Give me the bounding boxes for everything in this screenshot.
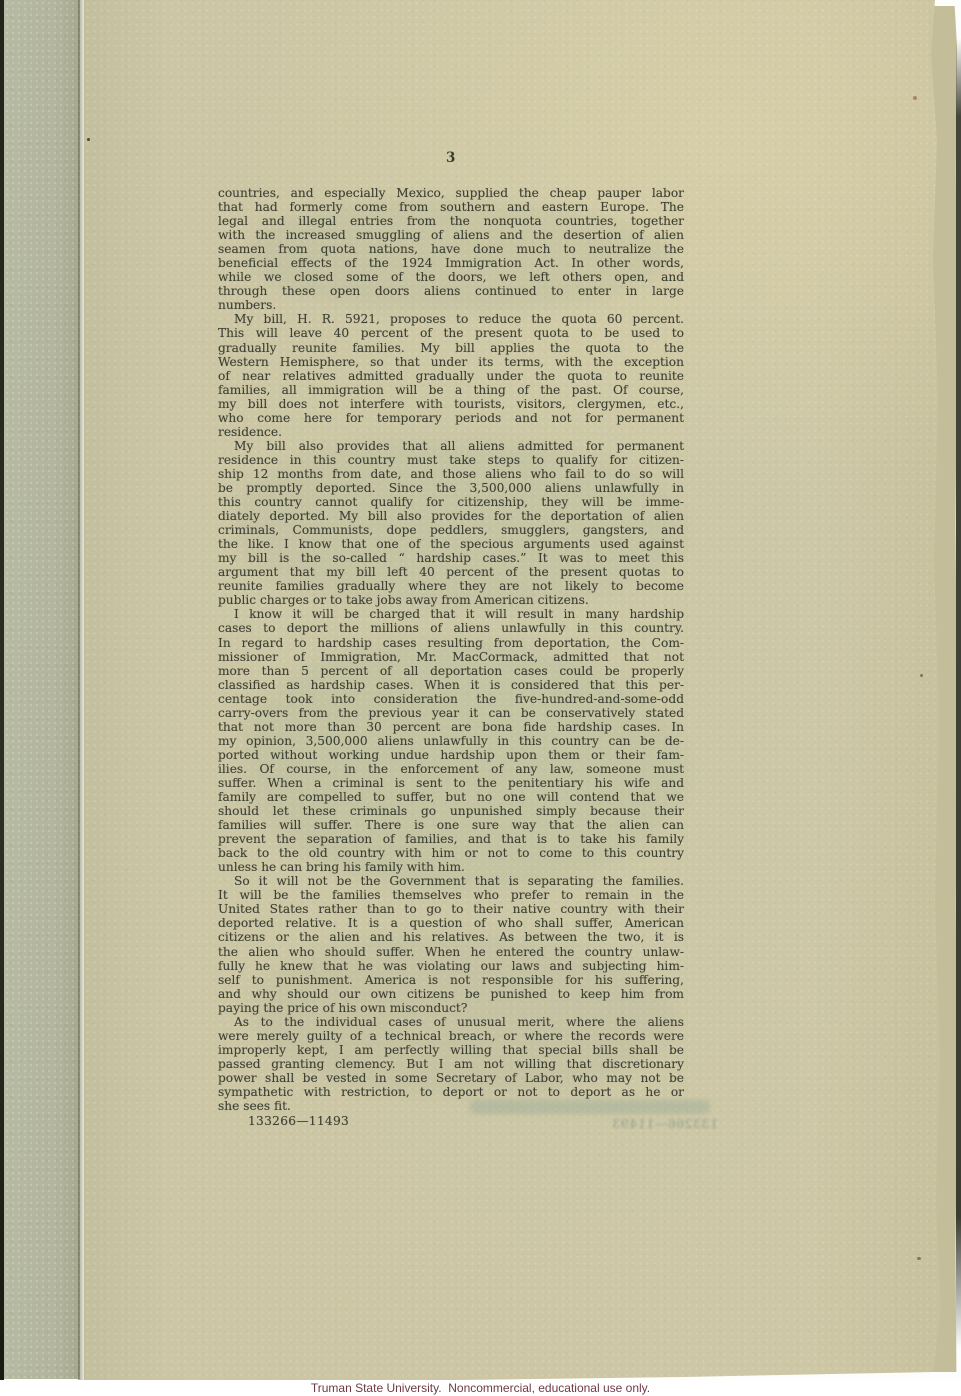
text-line: be promptly deported. Since the 3,500,00…: [218, 481, 684, 495]
text-line: gradually reunite families. My bill appl…: [218, 341, 684, 355]
text-line: seamen from quota nations, have done muc…: [218, 242, 684, 256]
text-line: back to the old country with him or not …: [218, 846, 684, 860]
text-line: more than 5 percent of all deportation c…: [218, 664, 684, 678]
text-line: residence in this country must take step…: [218, 453, 684, 467]
text-line: families, all immigration will be a thin…: [218, 383, 684, 397]
text-line: centage took into consideration the five…: [218, 692, 684, 706]
dust-speck: [917, 1257, 921, 1260]
text-line: should let these criminals go unpunished…: [218, 804, 684, 818]
text-line: the alien who should suffer. When he ent…: [218, 945, 684, 959]
scanner-edge-right: [956, 38, 961, 1348]
dust-speck: [920, 674, 923, 677]
text-line: unless he can bring his family with him.: [218, 860, 684, 874]
text-line: criminals, Communists, dope peddlers, sm…: [218, 523, 684, 537]
text-line: carry-overs from the previous year it ca…: [218, 706, 684, 720]
text-line: through these open doors aliens continue…: [218, 284, 684, 298]
text-line: United States rather than to go to their…: [218, 902, 684, 916]
text-line: my opinion, 3,500,000 aliens unlawfully …: [218, 734, 684, 748]
text-line: my bill is the so-called “ hardship case…: [218, 551, 684, 565]
text-line: deported relative. It is a question of w…: [218, 916, 684, 930]
text-line: This will leave 40 percent of the presen…: [218, 326, 684, 340]
text-line: ilies. Of course, in the enforcement of …: [218, 762, 684, 776]
text-line: reunite families gradually where they ar…: [218, 579, 684, 593]
text-line: and why should our own citizens be punis…: [218, 987, 684, 1001]
dust-speck: [913, 96, 917, 100]
text-line: improperly kept, I am perfectly willing …: [218, 1043, 684, 1057]
scanned-document: 3 countries, and especially Mexico, supp…: [0, 0, 961, 1396]
page-number: 3: [218, 150, 684, 166]
dust-speck: [87, 138, 90, 141]
text-line: fully he knew that he was violating our …: [218, 959, 684, 973]
text-line: were merely guilty of a technical breach…: [218, 1029, 684, 1043]
text-line: missioner of Immigration, Mr. MacCormack…: [218, 650, 684, 664]
text-line: power shall be vested in some Secretary …: [218, 1071, 684, 1085]
text-line: argument that my bill left 40 percent of…: [218, 565, 684, 579]
text-line: So it will not be the Government that is…: [218, 874, 684, 888]
text-line: As to the individual cases of unusual me…: [218, 1015, 684, 1029]
text-line: the like. I know that one of the speciou…: [218, 537, 684, 551]
text-line: passed granting clemency. But I am not w…: [218, 1057, 684, 1071]
text-line: legal and illegal entries from the nonqu…: [218, 214, 684, 228]
text-line: residence.: [218, 425, 684, 439]
text-line: my bill does not interfere with tourists…: [218, 397, 684, 411]
binding-strip: [4, 0, 80, 1379]
document-text: countries, and especially Mexico, suppli…: [218, 186, 684, 1128]
text-line: diately deported. My bill also provides …: [218, 509, 684, 523]
text-line: while we closed some of the doors, we le…: [218, 270, 684, 284]
text-line: that not more than 30 percent are bona f…: [218, 720, 684, 734]
text-line: beneficial effects of the 1924 Immigrati…: [218, 256, 684, 270]
text-line: family are compelled to suffer, but no o…: [218, 790, 684, 804]
text-line: this country cannot qualify for citizens…: [218, 495, 684, 509]
text-line: In regard to hardship cases resulting fr…: [218, 636, 684, 650]
text-line: classified as hardship cases. When it is…: [218, 678, 684, 692]
text-line: self to punishment. America is not respo…: [218, 973, 684, 987]
text-line: My bill, H. R. 5921, proposes to reduce …: [218, 312, 684, 326]
text-line: paying the price of his own misconduct?: [218, 1001, 684, 1015]
text-line: public charges or to take jobs away from…: [218, 593, 684, 607]
text-line: with the increased smuggling of aliens a…: [218, 228, 684, 242]
text-line: My bill also provides that all aliens ad…: [218, 439, 684, 453]
text-line: It will be the families themselves who p…: [218, 888, 684, 902]
text-line: suffer. When a criminal is sent to the p…: [218, 776, 684, 790]
text-line: of near relatives admitted gradually und…: [218, 369, 684, 383]
text-line: citizens or the alien and his relatives.…: [218, 930, 684, 944]
attribution-caption: Truman State University. Noncommercial, …: [0, 1381, 961, 1395]
text-line: families will suffer. There is one sure …: [218, 818, 684, 832]
text-line: Western Hemisphere, so that under its te…: [218, 355, 684, 369]
text-line: that had formerly come from southern and…: [218, 200, 684, 214]
text-line: numbers.: [218, 298, 684, 312]
text-line: sympathetic with restriction, to deport …: [218, 1085, 684, 1099]
text-line: she sees fit.: [218, 1099, 684, 1113]
text-line: countries, and especially Mexico, suppli…: [218, 186, 684, 200]
text-line: ported without working undue hardship up…: [218, 748, 684, 762]
text-line: who come here for temporary periods and …: [218, 411, 684, 425]
print-code: 133266—11493: [218, 1114, 684, 1128]
text-line: I know it will be charged that it will r…: [218, 607, 684, 621]
text-line: cases to deport the millions of aliens u…: [218, 621, 684, 635]
text-line: prevent the separation of families, and …: [218, 832, 684, 846]
text-line: ship 12 months from date, and those alie…: [218, 467, 684, 481]
